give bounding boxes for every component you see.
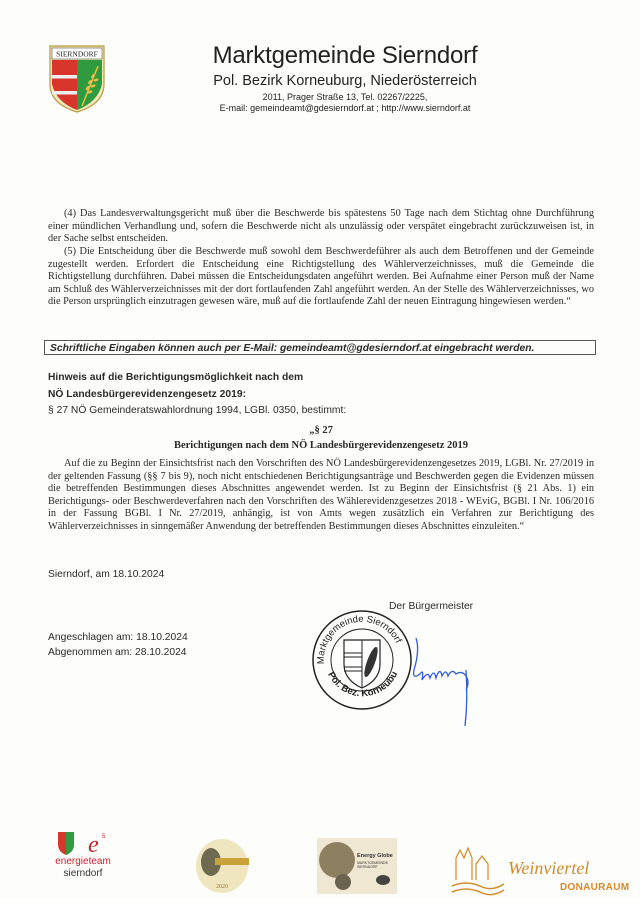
energieteam-logo: e 5 energieteam sierndorf: [52, 830, 114, 890]
weinviertel-text: Weinviertel: [508, 858, 589, 879]
hint-legal-reference: § 27 NÖ Gemeinderatswahlordnung 1994, LG…: [48, 405, 346, 416]
email-notice-box: Schriftliche Eingaben können auch per E-…: [44, 340, 596, 355]
castle-icon: [450, 840, 506, 899]
section-27-text: Auf die zu Beginn der Einsichtsfrist nac…: [48, 458, 594, 534]
energieteam-location: sierndorf: [52, 868, 114, 879]
svg-text:SIERNDORF: SIERNDORF: [56, 50, 98, 59]
svg-text:e: e: [88, 832, 99, 856]
weinviertel-donauraum-logo: Weinviertel DONAURAUM: [450, 840, 640, 899]
paragraph-5-text: (5) Die Entscheidung über die Beschwerde…: [48, 246, 594, 307]
energieteam-text: energieteam: [52, 856, 114, 867]
energieteam-emblem-icon: e 5: [52, 830, 114, 856]
removed-date: Abgenommen am: 28.10.2024: [48, 647, 187, 658]
svg-text:2020: 2020: [216, 884, 228, 890]
section-27-text-body: Auf die zu Beginn der Einsichtsfrist nac…: [48, 458, 594, 532]
signature: [410, 630, 480, 730]
paragraph-5: (5) Die Entscheidung über die Beschwerde…: [48, 246, 594, 309]
coat-of-arms-logo: SIERNDORF: [48, 44, 106, 114]
hint-heading-line-2: NÖ Landesbürgerevidenzengesetz 2019:: [48, 389, 246, 400]
place-date: Sierndorf, am 18.10.2024: [48, 569, 164, 580]
contact-line: E-mail: gemeindeamt@gdesierndorf.at ; ht…: [180, 103, 510, 113]
hint-heading-line-1: Hinweis auf die Berichtigungsmöglichkeit…: [48, 372, 303, 383]
energy-globe-subtitle: MARKTGEMEINDE SIERNDORF: [357, 861, 393, 869]
energy-globe-title: Energy Globe: [357, 853, 393, 859]
district-subtitle: Pol. Bezirk Korneuburg, Niederösterreich: [180, 73, 510, 89]
section-title: Berichtigungen nach dem NÖ Landesbürgere…: [48, 440, 594, 451]
posted-date: Angeschlagen am: 18.10.2024: [48, 632, 188, 643]
address-line: 2011, Prager Straße 13, Tel. 02267/2225,: [180, 92, 510, 102]
paragraph-4-text: (4) Das Landesverwaltungsgericht muß übe…: [48, 208, 594, 244]
municipality-title: Marktgemeinde Sierndorf: [180, 42, 510, 70]
section-number: „§ 27: [48, 425, 594, 436]
paragraph-4: (4) Das Landesverwaltungsgericht muß übe…: [48, 208, 594, 246]
official-stamp-icon: Marktgemeinde Sierndorf Pol. Bez. Korneu…: [310, 608, 414, 712]
energy-globe-logo: Energy Globe MARKTGEMEINDE SIERNDORF: [317, 838, 397, 894]
svg-text:5: 5: [102, 834, 106, 840]
donauraum-text: DONAURAUM: [560, 882, 629, 893]
award-seal-logo: 2020: [195, 838, 249, 894]
